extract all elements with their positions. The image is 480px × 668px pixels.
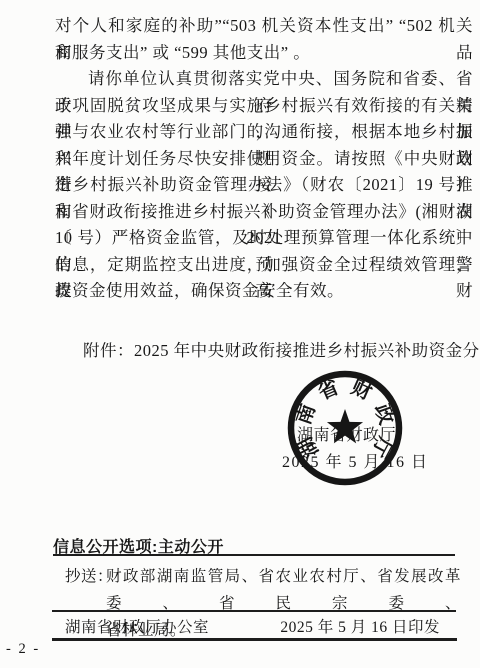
footer-top-rule bbox=[52, 610, 456, 612]
body-line: 请你单位认真贯彻落实党中央、国务院和省委、省政府关 bbox=[55, 66, 473, 93]
cc-line: 财政部湖南监管局、省农业农村厅、省发展改革委、省民宗委、 bbox=[106, 563, 461, 617]
body-line: 南省财政衔接推进乡村振兴补助资金管理办法》(湘财农〔2021〕 bbox=[55, 199, 473, 226]
footer-bottom-rule bbox=[52, 638, 457, 641]
document-page: 对个人和家庭的补助”“503 机关资本性支出” “502 机关商品 和服务支出”… bbox=[0, 0, 480, 668]
seal-graphic: 湖 南 省 财 政 厅 bbox=[287, 370, 403, 486]
issuing-office: 湖南省财政厅办公室 bbox=[65, 617, 209, 639]
body-line: 信息，定期监控支出进度，加强资金全过程绩效管理，提高财 bbox=[55, 252, 473, 279]
body-line: 10 号）严格资金监管，及时处理预算管理一体化系统中的预警 bbox=[55, 225, 473, 252]
print-info-row: 湖南省财政厅办公室 2025 年 5 月 16 日印发 bbox=[65, 617, 440, 639]
page-number: - 2 - bbox=[6, 641, 40, 658]
disclosure-rule bbox=[53, 554, 455, 556]
body-line: 和年度计划任务尽快安排使用资金。请按照《中央财政衔接推 bbox=[55, 146, 473, 173]
attachment-line: 附件：2025 年中央财政衔接推进乡村振兴补助资金分配表 bbox=[55, 338, 473, 365]
body-line: 进乡村振兴补助资金管理办法》（财农〔2021〕19 号）和《湖 bbox=[55, 172, 473, 199]
body-line: 强与农业农村等行业部门的沟通衔接，根据本地乡村振兴规划 bbox=[55, 119, 473, 146]
body-text: 对个人和家庭的补助”“503 机关资本性支出” “502 机关商品 和服务支出”… bbox=[55, 13, 473, 305]
print-date: 2025 年 5 月 16 日印发 bbox=[280, 617, 440, 639]
cc-label: 抄送： bbox=[65, 563, 106, 590]
body-line: 于巩固脱贫攻坚成果与实施乡村振兴有效衔接的有关精神，加 bbox=[55, 93, 473, 120]
seal-star-icon bbox=[327, 409, 363, 443]
body-line: 对个人和家庭的补助”“503 机关资本性支出” “502 机关商品 bbox=[55, 13, 473, 40]
official-seal: 湖 南 省 财 政 厅 bbox=[287, 370, 403, 486]
